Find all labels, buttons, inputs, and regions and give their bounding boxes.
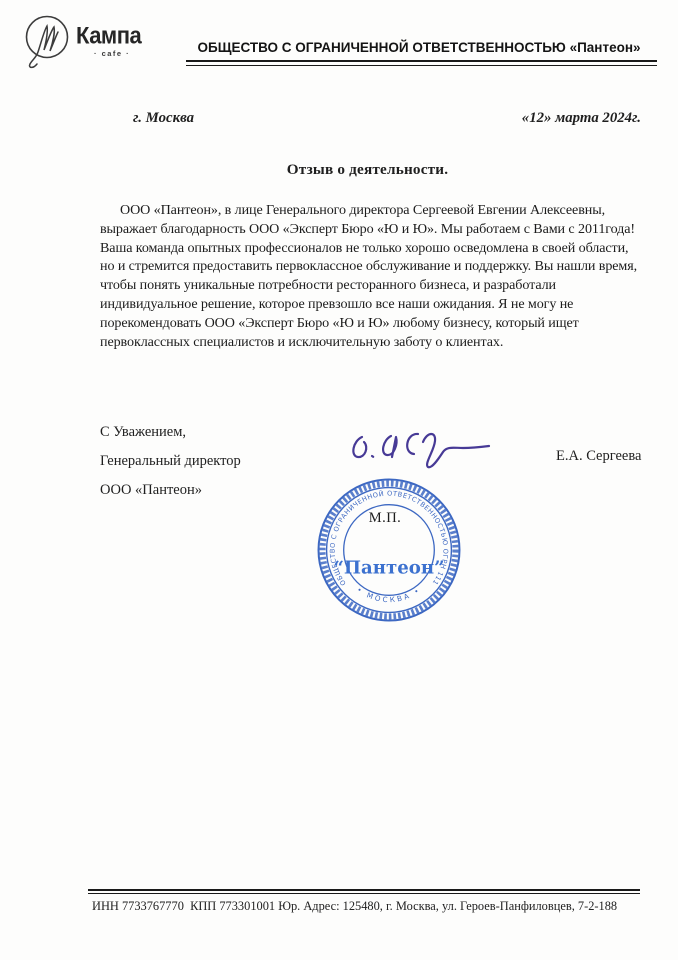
kampa-logo-monogram-icon — [24, 14, 74, 72]
footer-divider — [88, 889, 640, 894]
signoff-position: Генеральный директор — [100, 453, 241, 470]
organization-title: ОБЩЕСТВО С ОГРАНИЧЕННОЙ ОТВЕТСТВЕННОСТЬЮ… — [190, 40, 648, 55]
company-round-stamp: ОБЩЕСТВО С ОГРАНИЧЕННОЙ ОТВЕТСТВЕННОСТЬЮ… — [316, 477, 462, 623]
signer-name: Е.А. Сергеева — [556, 448, 641, 465]
scanned-letter-page: Кампа · cafe · ОБЩЕСТВО С ОГРАНИЧЕННОЙ О… — [0, 0, 678, 960]
brand-subtitle: · cafe · — [94, 49, 130, 58]
header-divider — [186, 60, 657, 66]
document-title: Отзыв о деятельности. — [95, 161, 640, 179]
signoff-regards: С Уважением, — [100, 424, 186, 441]
letter-city: г. Москва — [133, 110, 194, 127]
handwritten-signature — [342, 418, 492, 476]
letter-body: ООО «Пантеон», в лице Генерального дирек… — [100, 201, 654, 351]
signoff-company: ООО «Пантеон» — [100, 482, 202, 499]
footer-requisites: ИНН 7733767770 КПП 773301001 Юр. Адрес: … — [92, 899, 617, 914]
brand-name: Кампа — [76, 22, 141, 50]
letter-date: «12» марта 2024г. — [522, 110, 641, 127]
stamp-place-label: М.П. — [362, 510, 408, 527]
stamp-center-name: “Пантеон” — [334, 558, 445, 579]
